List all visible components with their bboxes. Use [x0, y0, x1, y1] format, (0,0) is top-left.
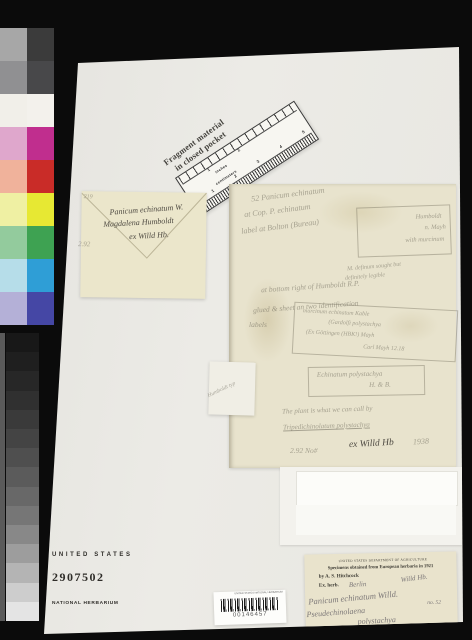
usda-collector-line: by A. S. Hitchcock — [319, 573, 359, 579]
ruler-number: 3 — [256, 160, 260, 165]
blank-label-bottom — [296, 505, 456, 535]
ruler-number: 2 — [234, 174, 238, 179]
scrap-text: Humboldt typ — [207, 382, 237, 400]
note-line: labels — [249, 321, 267, 329]
note-box2-line: (Gardolfi polystachya — [328, 320, 381, 329]
note-line: Tripedichinolatum polystachya — [283, 421, 370, 431]
usda-herb-handwritten: Berlin — [349, 581, 367, 589]
blank-label-top — [296, 471, 458, 506]
note-annotation-box-2: murcinum echinatum Kable (Gardolfi polys… — [292, 302, 458, 363]
note-box1-line: n. Mayh — [425, 225, 447, 232]
paper-scrap: Humboldt typ — [208, 361, 255, 415]
note-line: at Cop. P. echinatum — [244, 203, 311, 219]
wedge-edge-strip — [0, 333, 5, 621]
note-box2-line: murcinum echinatum Kable — [303, 308, 370, 317]
ruler-number: 1 — [211, 189, 215, 194]
usda-number-note: no. 52 — [427, 601, 441, 607]
envelope-corner-number: 219 — [84, 194, 93, 200]
catalog-block: UNITED STATES 2907502 NATIONAL HERBARIUM — [52, 552, 182, 606]
note-line: The plant is what we can call by — [282, 405, 373, 415]
note-annotation-box-3: Echinatum polystachya H. & B. — [308, 365, 426, 397]
note-box2-line: (Ex Göttingen (HBK!) Mayh — [306, 329, 375, 339]
note-line: 52 Panicum echinatum — [251, 187, 325, 204]
envelope-side-number: 2.92 — [78, 241, 90, 248]
ruler-inches-label: inches — [215, 164, 228, 175]
barcode-icon — [221, 597, 279, 612]
catalog-number: 2907502 — [52, 570, 182, 585]
fragment-envelope: 219 Panicum echinatum W. Magdalena Humbo… — [80, 191, 206, 299]
herbarium-sheet: Fragment material in closed pocket inche… — [0, 0, 472, 640]
note-box1-line: Humboldt — [415, 214, 441, 221]
catalog-country: UNITED STATES — [52, 552, 182, 558]
usda-ex-herb-label: Ex. herb. — [319, 583, 339, 589]
note-box3-line: Echinatum polystachya — [317, 371, 383, 379]
ruler-number: 4 — [279, 145, 283, 150]
usda-specimens-line: Specimens obtained from European herbari… — [321, 564, 440, 571]
usda-dept-line: UNITED STATES DEPARTMENT OF AGRICULTURE — [339, 558, 423, 563]
note-bottom-year: 1938 — [413, 437, 430, 446]
note-bottom-ink: ex Willd Hb — [349, 439, 394, 451]
ruler-number: 2 — [237, 148, 241, 153]
color-calibration-patches — [0, 28, 54, 325]
annotation-note: 52 Panicum echinatum at Cop. P. echinatu… — [229, 184, 456, 468]
usda-label: UNITED STATES DEPARTMENT OF AGRICULTURE … — [304, 551, 458, 628]
blank-label-stack — [280, 467, 462, 545]
usda-species-handwritten: Panicum echinatum Willd. — [308, 590, 398, 607]
usda-det-line-2: polystachya — [357, 616, 396, 626]
ruler-number: 5 — [302, 130, 306, 135]
barcode-number: 00146457 — [214, 611, 286, 620]
catalog-institution: NATIONAL HERBARIUM — [52, 601, 156, 606]
barcode-header: UNITED STATES NATIONAL HERBARIUM — [234, 591, 264, 595]
usda-willd-handwritten: Willd Hb. — [400, 574, 428, 584]
grayscale-wedge — [6, 333, 39, 621]
note-annotation-box-1: Humboldt n. Mayh with murcinum — [356, 204, 452, 257]
note-line: at bottom right of Humboldt R.P. — [261, 280, 360, 294]
barcode-label: UNITED STATES NATIONAL HERBARIUM 0014645… — [213, 590, 286, 625]
note-line: M. definum sought but — [347, 262, 401, 273]
note-bottom-pencil: 2.92 No# — [290, 447, 318, 455]
note-box1-line: with murcinum — [405, 237, 444, 245]
ruler-number: 1 — [207, 168, 211, 173]
specimen-photo: Fragment material in closed pocket inche… — [0, 0, 472, 640]
note-line: label at Bolton (Bureau) — [241, 218, 320, 235]
note-box2-line: Carl Mayh 12.18 — [363, 344, 404, 352]
note-box3-line: H. & B. — [369, 382, 391, 389]
